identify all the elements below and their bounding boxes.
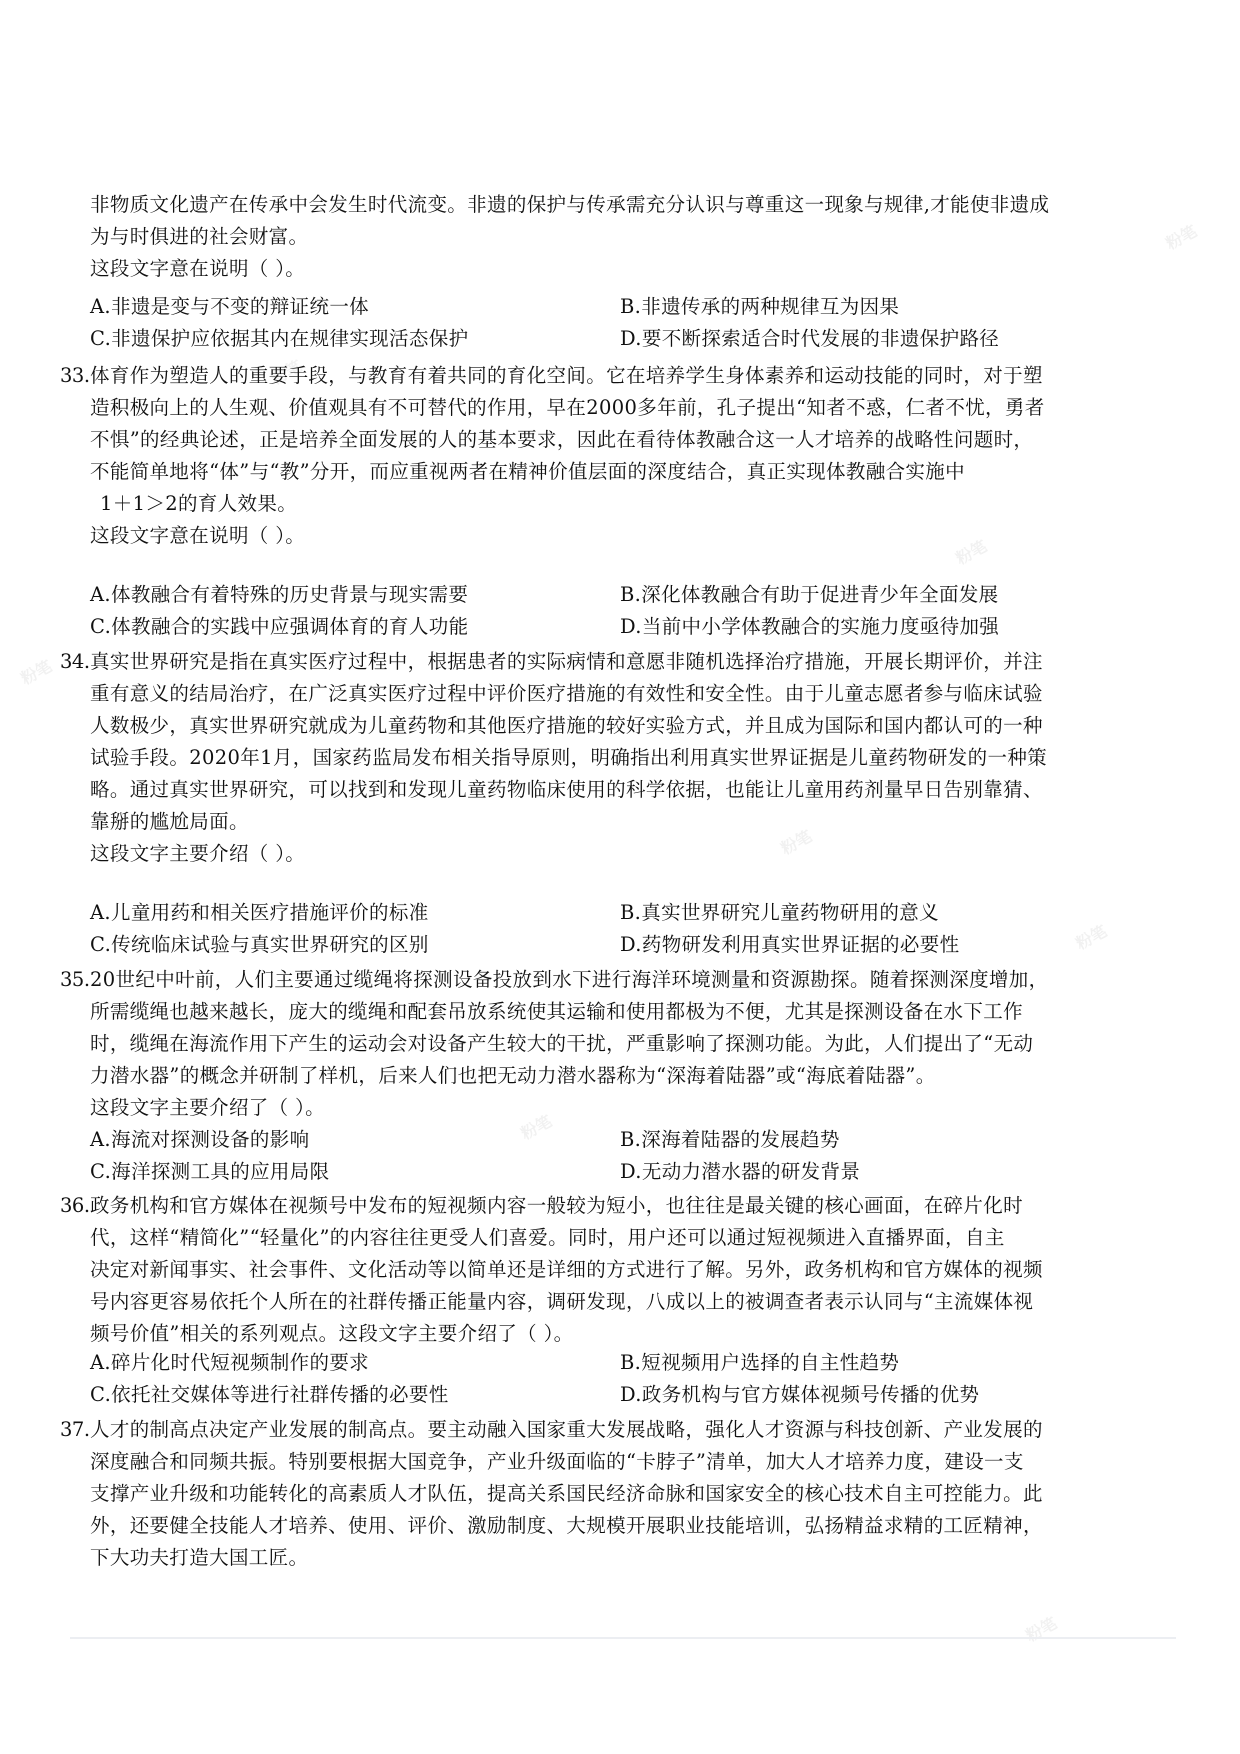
question-text-line: 试验手段。2020年1月，国家药监局发布相关指导原则，明确指出利用真实世界证据是… [60, 742, 1160, 774]
options-34: A.儿童用药和相关医疗措施评价的标准 B.真实世界研究儿童药物研用的意义 C.传… [90, 897, 1160, 961]
question-text-line: 1＋1＞2的育人效果。 [60, 488, 1160, 520]
question-number: 36. [60, 1190, 90, 1222]
option-b[interactable]: B.非遗传承的两种规律互为因果 [620, 291, 899, 323]
option-d[interactable]: D.当前中小学体教融合的实施力度亟待加强 [620, 611, 999, 643]
question-text-line: 人数极少，真实世界研究就成为儿童药物和其他医疗措施的较好实验方式，并且成为国际和… [60, 710, 1160, 742]
question-37: 37.人才的制高点决定产业发展的制高点。要主动融入国家重大发展战略，强化人才资源… [60, 1414, 1160, 1574]
option-d[interactable]: D.要不断探索适合时代发展的非遗保护路径 [620, 323, 999, 355]
question-text-line: 人才的制高点决定产业发展的制高点。要主动融入国家重大发展战略，强化人才资源与科技… [90, 1418, 1043, 1441]
question-text-line: 为与时俱进的社会财富。 [60, 221, 1160, 253]
question-text-line: 下大功夫打造大国工匠。 [60, 1542, 1160, 1574]
question-text-line: 真实世界研究是指在真实医疗过程中，根据患者的实际病情和意愿非随机选择治疗措施，开… [90, 650, 1043, 673]
question-32: 非物质文化遗产在传承中会发生时代流变。非遗的保护与传承需充分认识与尊重这一现象与… [60, 189, 1160, 285]
option-b[interactable]: B.真实世界研究儿童药物研用的意义 [620, 897, 939, 929]
question-text-line: 非物质文化遗产在传承中会发生时代流变。非遗的保护与传承需充分认识与尊重这一现象与… [60, 189, 1160, 221]
question-text-line: 力潜水器”的概念并研制了样机，后来人们也把无动力潜水器称为“深海着陆器”或“海底… [60, 1060, 1160, 1092]
question-33: 33.体育作为塑造人的重要手段，与教育有着共同的育化空间。它在培养学生身体素养和… [60, 360, 1160, 552]
option-d[interactable]: D.无动力潜水器的研发背景 [620, 1156, 860, 1188]
question-text-line: 体育作为塑造人的重要手段，与教育有着共同的育化空间。它在培养学生身体素养和运动技… [90, 364, 1043, 387]
option-a[interactable]: A.碎片化时代短视频制作的要求 [90, 1347, 369, 1379]
question-number: 33. [60, 360, 90, 392]
question-text-line: 靠掰的尴尬局面。 [60, 806, 1160, 838]
question-text-line: 所需缆绳也越来越长，庞大的缆绳和配套吊放系统使其运输和使用都极为不便，尤其是探测… [60, 996, 1160, 1028]
option-d[interactable]: D.政务机构与官方媒体视频号传播的优势 [620, 1379, 979, 1411]
options-32: A.非遗是变与不变的辩证统一体 B.非遗传承的两种规律互为因果 C.非遗保护应依… [90, 291, 1160, 355]
option-a[interactable]: A.非遗是变与不变的辩证统一体 [90, 291, 369, 323]
option-c[interactable]: C.传统临床试验与真实世界研究的区别 [90, 929, 429, 961]
question-prompt: 这段文字主要介绍了（ ）。 [60, 1092, 1160, 1124]
watermark-logo: 粉笔 [1161, 219, 1200, 254]
question-text-line: 不能简单地将“体”与“教”分开，而应重视两者在精神价值层面的深度结合，真正实现体… [60, 456, 1160, 488]
question-text-line: 时，缆绳在海流作用下产生的运动会对设备产生较大的干扰，严重影响了探测功能。为此，… [60, 1028, 1160, 1060]
option-a[interactable]: A.儿童用药和相关医疗措施评价的标准 [90, 897, 429, 929]
question-text-line: 号内容更容易依托个人所在的社群传播正能量内容，调研发现，八成以上的被调查者表示认… [60, 1286, 1160, 1318]
exam-page: 粉笔 粉笔 粉笔 粉笔 粉笔 粉笔 粉笔 粉笔 非物质文化遗产在传承中会发生时代… [0, 0, 1240, 1754]
options-33: A.体教融合有着特殊的历史背景与现实需要 B.深化体教融合有助于促进青少年全面发… [90, 579, 1160, 643]
question-text-line: 深度融合和同频共振。特别要根据大国竞争，产业升级面临的“卡脖子”清单，加大人才培… [60, 1446, 1160, 1478]
option-c[interactable]: C.依托社交媒体等进行社群传播的必要性 [90, 1379, 449, 1411]
question-text-line: 决定对新闻事实、社会事件、文化活动等以简单还是详细的方式进行了解。另外，政务机构… [60, 1254, 1160, 1286]
options-36: A.碎片化时代短视频制作的要求 B.短视频用户选择的自主性趋势 C.依托社交媒体… [90, 1347, 1160, 1411]
question-text-line: 支撑产业升级和功能转化的高素质人才队伍，提高关系国民经济命脉和国家安全的核心技术… [60, 1478, 1160, 1510]
page-footer-divider [70, 1637, 1176, 1639]
option-d[interactable]: D.药物研发利用真实世界证据的必要性 [620, 929, 959, 961]
watermark-logo: 粉笔 [16, 654, 55, 689]
option-b[interactable]: B.深化体教融合有助于促进青少年全面发展 [620, 579, 999, 611]
option-a[interactable]: A.海流对探测设备的影响 [90, 1124, 309, 1156]
question-text-line: 略。通过真实世界研究，可以找到和发现儿童药物临床使用的科学依据，也能让儿童用药剂… [60, 774, 1160, 806]
option-c[interactable]: C.海洋探测工具的应用局限 [90, 1156, 329, 1188]
question-prompt: 这段文字意在说明（ ）。 [60, 520, 1160, 552]
question-number: 35. [60, 964, 90, 996]
question-text-line: 重有意义的结局治疗，在广泛真实医疗过程中评价医疗措施的有效性和安全性。由于儿童志… [60, 678, 1160, 710]
question-text-line: 频号价值”相关的系列观点。这段文字主要介绍了（ ）。 [60, 1318, 1160, 1350]
question-number: 34. [60, 646, 90, 678]
question-text-line: 代，这样“精简化”“轻量化”的内容往往更受人们喜爱。同时，用户还可以通过短视频进… [60, 1222, 1160, 1254]
option-c[interactable]: C.体教融合的实践中应强调体育的育人功能 [90, 611, 468, 643]
question-number: 37. [60, 1414, 90, 1446]
question-text-line: 不惧”的经典论述，正是培养全面发展的人的基本要求，因此在看待体教融合这一人才培养… [60, 424, 1160, 456]
option-b[interactable]: B.深海着陆器的发展趋势 [620, 1124, 840, 1156]
option-a[interactable]: A.体教融合有着特殊的历史背景与现实需要 [90, 579, 468, 611]
question-35: 35.20世纪中叶前，人们主要通过缆绳将探测设备投放到水下进行海洋环境测量和资源… [60, 964, 1160, 1124]
question-text-line: 20世纪中叶前，人们主要通过缆绳将探测设备投放到水下进行海洋环境测量和资源勘探。… [90, 968, 1048, 991]
question-prompt: 这段文字主要介绍（ ）。 [60, 838, 1160, 870]
option-c[interactable]: C.非遗保护应依据其内在规律实现活态保护 [90, 323, 468, 355]
question-34: 34.真实世界研究是指在真实医疗过程中，根据患者的实际病情和意愿非随机选择治疗措… [60, 646, 1160, 870]
question-text-line: 政务机构和官方媒体在视频号中发布的短视频内容一般较为短小，也往往是最关键的核心画… [90, 1194, 1023, 1217]
question-text-line: 外，还要健全技能人才培养、使用、评价、激励制度、大规模开展职业技能培训，弘扬精益… [60, 1510, 1160, 1542]
question-prompt: 这段文字意在说明（ ）。 [60, 253, 1160, 285]
option-b[interactable]: B.短视频用户选择的自主性趋势 [620, 1347, 899, 1379]
watermark-logo: 粉笔 [1021, 1611, 1060, 1646]
question-36: 36.政务机构和官方媒体在视频号中发布的短视频内容一般较为短小，也往往是最关键的… [60, 1190, 1160, 1350]
options-35: A.海流对探测设备的影响 B.深海着陆器的发展趋势 C.海洋探测工具的应用局限 … [90, 1124, 1160, 1188]
question-text-line: 造积极向上的人生观、价值观具有不可替代的作用，早在2000多年前，孔子提出“知者… [60, 392, 1160, 424]
